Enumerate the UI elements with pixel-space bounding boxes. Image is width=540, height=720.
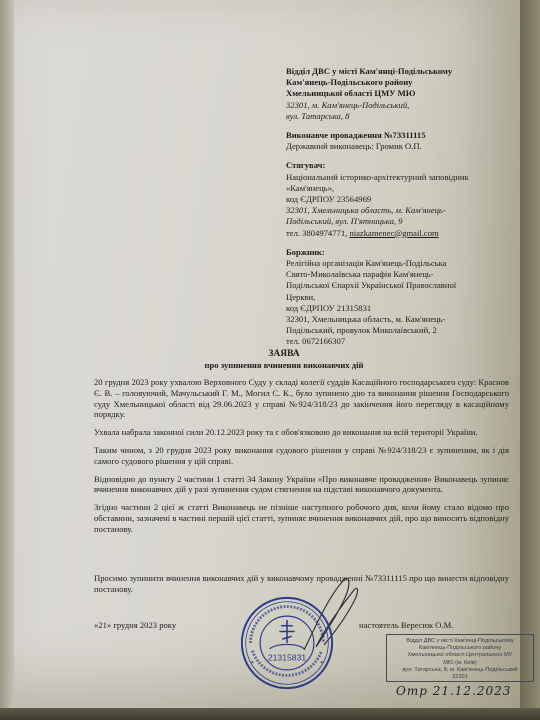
receipt-handwritten-note: Отр 21.12.2023 xyxy=(396,684,511,698)
document-date: «21» грудня 2023 року xyxy=(94,620,176,630)
body-paragraph: Відповідно до пункту 2 частини 1 статті … xyxy=(94,474,509,496)
receipt-stamp-line: вул. Татарська, 8, м. Кам'янець-Подільсь… xyxy=(387,667,533,674)
document-body: 20 грудня 2023 року ухвалою Верховного С… xyxy=(94,377,509,542)
debtor-phone: тел. 0672166307 xyxy=(286,336,508,347)
debtor-name: Подільської Єпархії Української Правосла… xyxy=(286,280,508,291)
authority-address: 32301, м. Кам'янець-Подільський, xyxy=(286,100,508,111)
body-paragraph: Згідно частини 2 цієї ж статті Виконавец… xyxy=(94,502,509,534)
proceeding-number: Виконавче провадження №73311115 xyxy=(286,130,508,141)
claimant-address: 32301, Хмельницька область, м. Кам'янець… xyxy=(286,205,508,216)
claimant-code: код ЄДРПОУ 23564969 xyxy=(286,194,508,205)
claimant-name: Національний історико-архітектурний запо… xyxy=(286,172,508,183)
receipt-stamp-line: МЮ (м. Київ) xyxy=(387,660,533,667)
receipt-stamp-line: 32301 xyxy=(387,674,533,681)
seal-code: 21315831 xyxy=(268,652,307,662)
authority-address: вул. Татарська, 8 xyxy=(286,111,508,122)
debtor-address: Подільський, провулок Миколаївський, 2 xyxy=(286,325,508,336)
claimant-name: «Кам'янець», xyxy=(286,183,508,194)
body-paragraph: Таким чином, з 20 грудня 2023 року викон… xyxy=(94,445,509,467)
claimant-email[interactable]: niazkamenec@gmail.com xyxy=(349,228,438,238)
authority-line: Кам'янець-Подільського району xyxy=(286,77,508,88)
debtor-address: 32301, Хмельницька область, м. Кам'янець… xyxy=(286,314,508,325)
debtor-name: Свято-Миколаївська парафія Кам'янець- xyxy=(286,269,508,280)
background-surface-bottom xyxy=(0,708,540,720)
addressee-block: Відділ ДВС у місті Кам'янці-Подільському… xyxy=(286,66,508,348)
authority-line: Відділ ДВС у місті Кам'янці-Подільському xyxy=(286,66,508,77)
executor-name: Державний виконавець: Громик О.П. xyxy=(286,141,508,152)
receipt-stamp-line: Хмельницької області Центрального МУ xyxy=(387,652,533,659)
document-title: ЗАЯВА про зупинення вчинення виконавчих … xyxy=(74,348,494,371)
signer-name: настоятель Вересюк О.М. xyxy=(359,620,453,630)
document-page: Відділ ДВС у місті Кам'янці-Подільському… xyxy=(14,0,520,708)
claimant-phone: тел. 3804974771, xyxy=(286,228,347,238)
body-paragraph: 20 грудня 2023 року ухвалою Верховного С… xyxy=(94,377,509,420)
receipt-stamp: Відділ ДВС у місті Кам'янці-Подільському… xyxy=(386,634,534,682)
authority-line: Хмельницької області ЦМУ МЮ xyxy=(286,88,508,99)
body-paragraph: Ухвала набрала законної сили 20.12.2023 … xyxy=(94,427,509,438)
background-surface-right xyxy=(520,0,540,720)
claimant-label: Стягувач: xyxy=(286,160,508,171)
title-main: ЗАЯВА xyxy=(74,348,494,360)
debtor-code: код ЄДРПОУ 21315831 xyxy=(286,303,508,314)
receipt-stamp-line: Кам'янець-Подільського району xyxy=(387,645,533,652)
debtor-label: Боржник: xyxy=(286,247,508,258)
claimant-contacts: тел. 3804974771, niazkamenec@gmail.com xyxy=(286,228,508,239)
title-subtitle: про зупинення вчинення виконавчих дій xyxy=(74,360,494,371)
debtor-name: Релігійна організація Кам'янець-Подільсь… xyxy=(286,258,508,269)
organization-seal-icon: 21315831 xyxy=(239,595,335,691)
claimant-address: Подільський, вул. П'ятницька, 9 xyxy=(286,216,508,227)
debtor-name: Церкви, xyxy=(286,292,508,303)
